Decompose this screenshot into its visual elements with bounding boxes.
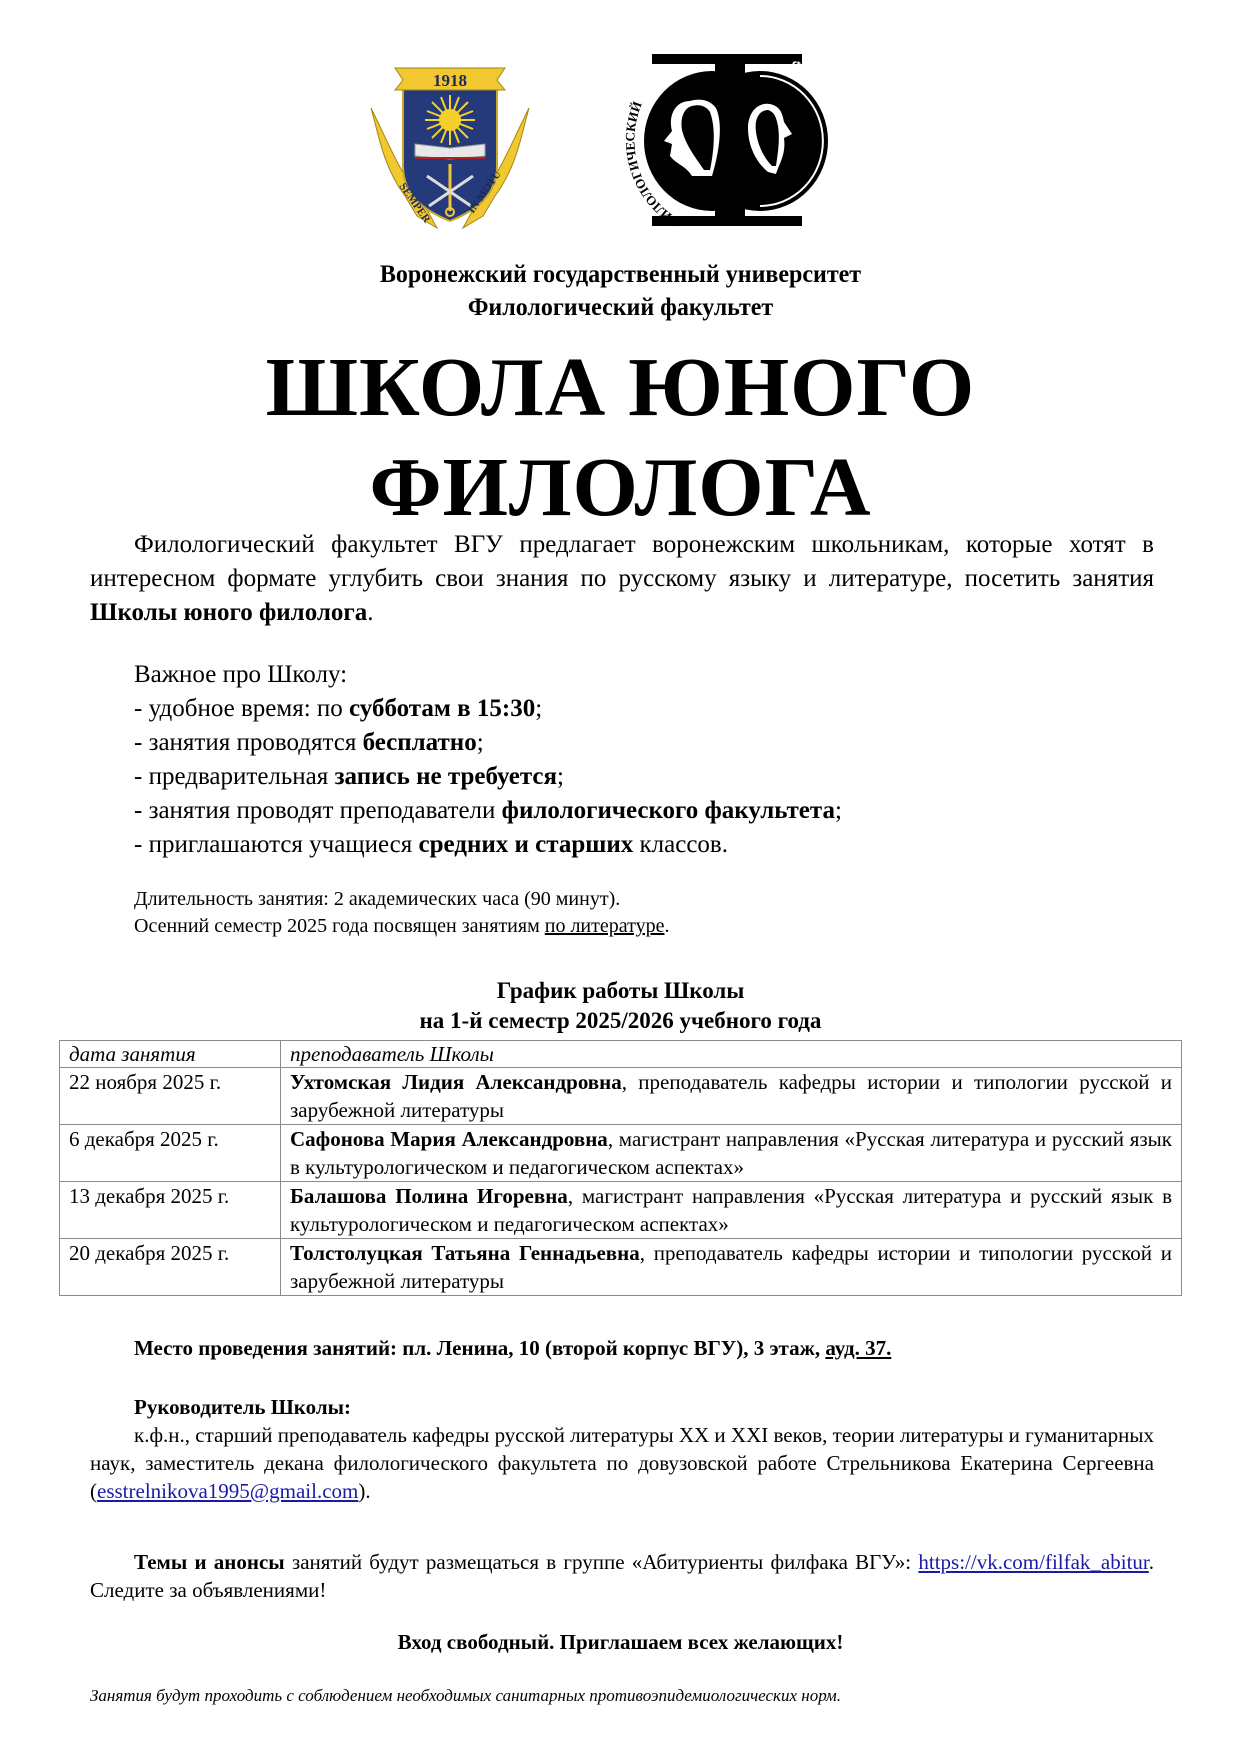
venue-info: Место проведения занятий: пл. Ленина, 10… [134, 1334, 891, 1362]
header: Воронежский государственный университет … [25, 258, 1216, 324]
intro-text: Филологический факультет ВГУ предлагает … [90, 531, 1154, 592]
session-teacher: Балашова Полина Игоревна, магистрант нап… [281, 1182, 1182, 1239]
semester-line: Осенний семестр 2025 года посвящен занят… [134, 913, 669, 940]
vsu-crest-icon: 1918 SEMPER IN MOTU [365, 46, 535, 236]
session-date: 22 ноября 2025 г. [60, 1068, 281, 1125]
schedule-table: дата занятия преподаватель Школы 22 нояб… [59, 1040, 1182, 1296]
university-crest-logo: 1918 SEMPER IN MOTU [365, 46, 535, 236]
list-item: - приглашаются учащиеся средних и старши… [134, 828, 842, 862]
literature-topic: по литературе [545, 915, 665, 937]
intro-paragraph: Филологический факультет ВГУ предлагает … [90, 528, 1154, 630]
session-teacher: Ухтомская Лидия Александровна, преподава… [281, 1068, 1182, 1125]
page-title: ШКОЛА ЮНОГО ФИЛОЛОГА [0, 338, 1241, 538]
svg-text:1918: 1918 [433, 71, 467, 90]
sanitary-note: Занятия будут проходить с соблюдением не… [90, 1684, 841, 1708]
table-header-row: дата занятия преподаватель Школы [60, 1041, 1182, 1068]
school-head-title: Руководитель Школы: [134, 1393, 351, 1421]
list-item: - занятия проводят преподаватели филолог… [134, 794, 842, 828]
table-row: 20 декабря 2025 г. Толстолуцкая Татьяна … [60, 1239, 1182, 1296]
duration-info: Длительность занятия: 2 академических ча… [134, 886, 669, 940]
vk-group-link[interactable]: https://vk.com/filfak_abitur [918, 1550, 1148, 1574]
faculty-emblem-logo: ФИЛОЛОГИЧЕСКИЙ ФАКУЛЬТЕТ [620, 46, 860, 236]
university-name: Воронежский государственный университет [25, 258, 1216, 291]
session-date: 20 декабря 2025 г. [60, 1239, 281, 1296]
list-item: - предварительная запись не требуется; [134, 760, 842, 794]
session-date: 13 декабря 2025 г. [60, 1182, 281, 1239]
schedule-title-line-1: График работы Школы [0, 976, 1241, 1006]
intro-school-name: Школы юного филолога [90, 599, 367, 626]
column-header-date: дата занятия [60, 1041, 281, 1068]
intro-end: . [367, 599, 373, 626]
email-link[interactable]: esstrelnikova1995@gmail.com [97, 1479, 358, 1503]
topics-info: Темы и анонсы занятий будут размещаться … [90, 1548, 1154, 1604]
schedule-title-line-2: на 1-й семестр 2025/2026 учебного года [0, 1006, 1241, 1036]
important-heading: Важное про Школу: [134, 658, 842, 692]
schedule-title: График работы Школы на 1-й семестр 2025/… [0, 976, 1241, 1036]
invitation: Вход свободный. Приглашаем всех желающих… [0, 1628, 1241, 1656]
philology-faculty-emblem-icon: ФИЛОЛОГИЧЕСКИЙ ФАКУЛЬТЕТ [620, 46, 860, 236]
session-teacher: Сафонова Мария Александровна, магистрант… [281, 1125, 1182, 1182]
table-row: 6 декабря 2025 г. Сафонова Мария Алексан… [60, 1125, 1182, 1182]
table-row: 13 декабря 2025 г. Балашова Полина Игоре… [60, 1182, 1182, 1239]
title-line-2: ФИЛОЛОГА [0, 438, 1241, 538]
list-item: - занятия проводятся бесплатно; [134, 726, 842, 760]
list-item: - удобное время: по субботам в 15:30; [134, 692, 842, 726]
title-line-1: ШКОЛА ЮНОГО [0, 338, 1241, 438]
session-date: 6 декабря 2025 г. [60, 1125, 281, 1182]
room-number: ауд. 37. [825, 1336, 891, 1360]
session-teacher: Толстолуцкая Татьяна Геннадьевна, препод… [281, 1239, 1182, 1296]
duration-line: Длительность занятия: 2 академических ча… [134, 886, 669, 913]
faculty-name: Филологический факультет [25, 291, 1216, 324]
important-list: Важное про Школу: - удобное время: по су… [134, 658, 842, 862]
table-row: 22 ноября 2025 г. Ухтомская Лидия Алекса… [60, 1068, 1182, 1125]
column-header-teacher: преподаватель Школы [281, 1041, 1182, 1068]
school-head-info: к.ф.н., старший преподаватель кафедры ру… [90, 1421, 1154, 1505]
